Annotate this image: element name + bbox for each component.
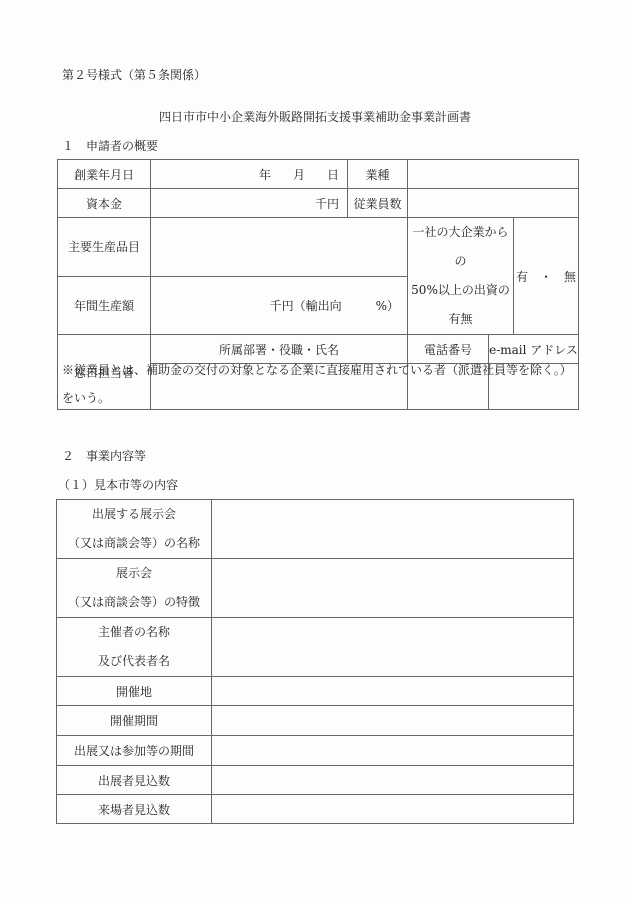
label-line: 及び代表者名 xyxy=(57,647,211,676)
contact-header-department: 所属部署・役職・氏名 xyxy=(151,335,408,364)
exhibition-features-field[interactable] xyxy=(212,559,574,618)
capital-unit: 千円 xyxy=(315,197,339,211)
employee-note-line2: をいう。 xyxy=(62,389,110,406)
event-period-label: 開催期間 xyxy=(57,706,212,736)
venue-label: 開催地 xyxy=(57,677,212,706)
large-company-label-line1: 一社の大企業からの xyxy=(408,218,513,276)
label-line: 展示会 xyxy=(57,559,211,588)
annual-production-label: 年間生産額 xyxy=(58,276,151,335)
month-unit: 月 xyxy=(293,168,305,182)
large-company-investment-label: 一社の大企業からの 50%以上の出資の有無 xyxy=(408,218,514,335)
exhibition-name-label: 出展する展示会 （又は商談会等）の名称 xyxy=(57,500,212,559)
form-number: 第２号様式（第５条関係） xyxy=(62,66,206,83)
label-line: （又は商談会等）の名称 xyxy=(57,529,211,558)
annual-production-unit: 千円（輸出向 xyxy=(270,299,342,313)
organizer-label: 主催者の名称 及び代表者名 xyxy=(57,618,212,677)
employee-note-line1: ※従業員とは、補助金の交付の対象となる企業に直接雇用されている者（派遣社員等を除… xyxy=(62,361,572,378)
industry-label: 業種 xyxy=(348,160,408,189)
annual-production-field[interactable]: 千円（輸出向%） xyxy=(151,276,408,335)
organizer-field[interactable] xyxy=(212,618,574,677)
expected-exhibitors-label: 出展者見込数 xyxy=(57,766,212,795)
founding-date-field[interactable]: 年月日 xyxy=(151,160,348,189)
participation-period-label: 出展又は参加等の期間 xyxy=(57,736,212,766)
document-title: 四日市市中小企業海外販路開拓支援事業補助金事業計画書 xyxy=(0,108,630,125)
label-line: （又は商談会等）の特徴 xyxy=(57,588,211,617)
capital-field[interactable]: 千円 xyxy=(151,189,348,218)
year-unit: 年 xyxy=(259,168,271,182)
venue-field[interactable] xyxy=(212,677,574,706)
exhibition-name-field[interactable] xyxy=(212,500,574,559)
section2-heading: ２ 事業内容等 xyxy=(62,447,146,464)
employees-label: 従業員数 xyxy=(348,189,408,218)
participation-period-field[interactable] xyxy=(212,736,574,766)
main-products-field[interactable] xyxy=(151,218,408,277)
export-percent-unit: %） xyxy=(376,299,399,313)
event-period-field[interactable] xyxy=(212,706,574,736)
founding-date-label: 創業年月日 xyxy=(58,160,151,189)
employees-field[interactable] xyxy=(408,189,579,218)
section2-subheading: （１）見本市等の内容 xyxy=(58,476,178,493)
exhibition-features-label: 展示会 （又は商談会等）の特徴 xyxy=(57,559,212,618)
main-products-label: 主要生産品目 xyxy=(58,218,151,277)
trade-show-details-table: 出展する展示会 （又は商談会等）の名称 展示会 （又は商談会等）の特徴 主催者の… xyxy=(56,499,574,824)
contact-header-email: e-mail アドレス xyxy=(489,335,579,364)
capital-label: 資本金 xyxy=(58,189,151,218)
industry-field[interactable] xyxy=(408,160,579,189)
day-unit: 日 xyxy=(327,168,339,182)
expected-visitors-label: 来場者見込数 xyxy=(57,795,212,824)
large-company-label-line2: 50%以上の出資の有無 xyxy=(408,276,513,334)
expected-visitors-field[interactable] xyxy=(212,795,574,824)
contact-header-phone: 電話番号 xyxy=(408,335,489,364)
label-line: 主催者の名称 xyxy=(57,618,211,647)
large-company-choice[interactable]: 有 ・ 無 xyxy=(514,218,579,335)
section1-heading: １ 申請者の概要 xyxy=(62,137,158,154)
label-line: 出展する展示会 xyxy=(57,500,211,529)
expected-exhibitors-field[interactable] xyxy=(212,766,574,795)
